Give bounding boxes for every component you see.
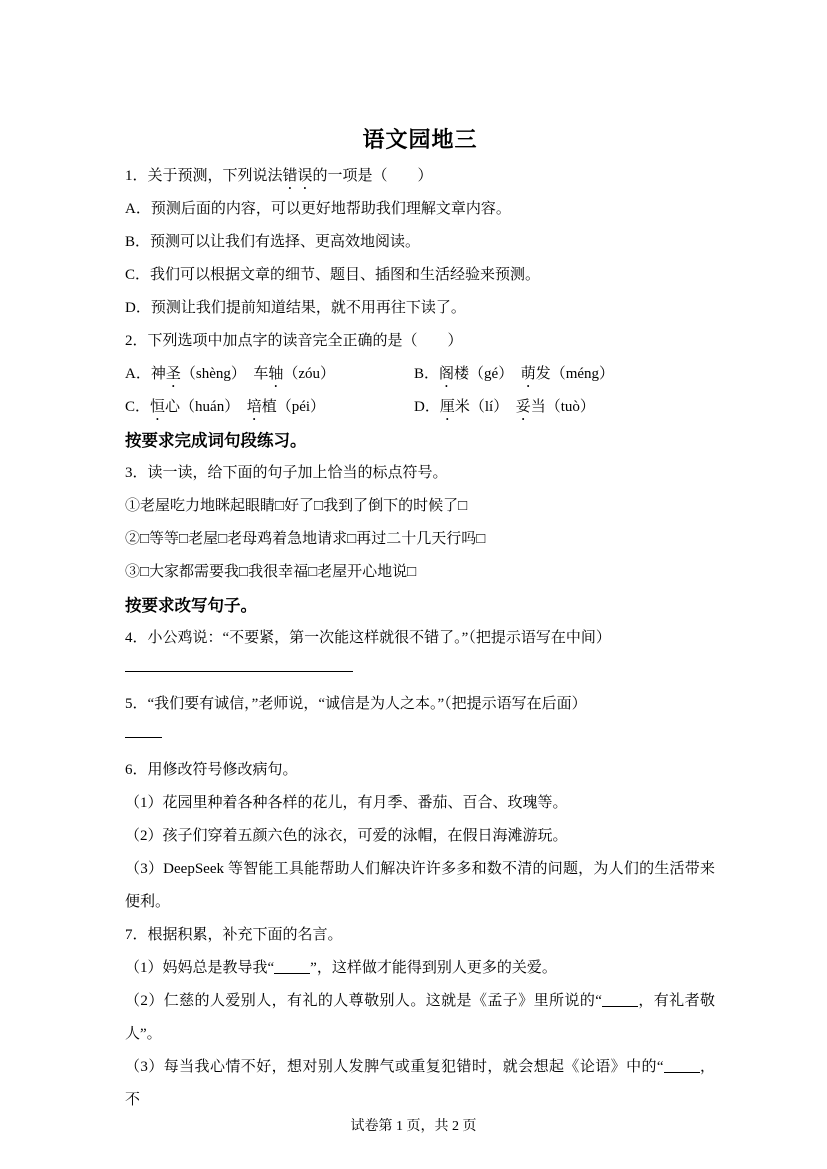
question-5-stem: 5．“我们要有诚信，”老师说，“诚信是为人之本。”（把提示语写在后面） <box>125 688 715 721</box>
q2-d-seg1: D． <box>414 399 440 415</box>
q2-d-dotted1: 厘 <box>440 399 455 415</box>
q2-c-seg1: C． <box>125 399 150 415</box>
q2-a-dotted2: 轴 <box>268 366 283 382</box>
q5-answer-line <box>125 721 715 754</box>
q1-stem-pre: 1．关于预测，下列说法 <box>125 168 283 184</box>
fill-in-blank-2 <box>602 995 638 1007</box>
section-heading-word-practice: 按要求完成词句段练习。 <box>125 424 715 457</box>
q1-stem-emphasized: 错误 <box>283 168 313 184</box>
q1-option-c: C．我们可以根据文章的细节、题目、插图和生活经验来预测。 <box>125 259 715 292</box>
question-6-stem: 6．用修改符号修改病句。 <box>125 754 715 787</box>
fill-in-blank-1 <box>274 962 310 974</box>
fill-in-blank-3 <box>664 1061 700 1073</box>
q1-stem-post: 的一项是（ ） <box>313 168 433 184</box>
q2-c-dotted2: 培 <box>247 399 262 415</box>
q7-item1-pre: （1）妈妈总是教导我“ <box>125 960 274 976</box>
q3-item-2: ②□等等□老屋□老母鸡着急地请求□再过二十几天行吗□ <box>125 523 715 556</box>
q7-item3-pre: （3）每当我心情不好，想对别人发脾气或重复犯错时，就会想起《论语》中的“ <box>125 1059 664 1075</box>
q2-d-seg3: 当（tuò） <box>531 399 595 415</box>
q2-c-seg3: 植（péi） <box>262 399 325 415</box>
answer-rule-short <box>125 737 162 738</box>
page-title: 语文园地三 <box>125 126 715 154</box>
q2-d-dotted2: 妥 <box>516 399 531 415</box>
q2-a-seg3: （zóu） <box>283 366 335 382</box>
question-1-stem: 1．关于预测，下列说法错误的一项是（ ） <box>125 160 715 193</box>
q2-c-seg2: 心（huán） <box>165 399 247 415</box>
q7-item-1: （1）妈妈总是教导我“”，这样做才能得到别人更多的关爱。 <box>125 952 715 985</box>
q2-options-row-2: C．恒心（huán） 培植（péi） D．厘米（lí） 妥当（tuò） <box>125 391 715 424</box>
q2-b-dotted1: 阁 <box>439 366 454 382</box>
q7-item2-pre: （2）仁慈的人爱别人，有礼的人尊敬别人。这就是《孟子》里所说的“ <box>125 993 602 1009</box>
q1-option-a: A．预测后面的内容，可以更好地帮助我们理解文章内容。 <box>125 193 715 226</box>
q2-option-d: D．厘米（lí） 妥当（tuò） <box>414 391 715 424</box>
q2-b-seg3: 发（méng） <box>536 366 614 382</box>
q2-b-dotted2: 萌 <box>521 366 536 382</box>
q4-answer-line <box>125 655 715 688</box>
section-heading-rewrite: 按要求改写句子。 <box>125 589 715 622</box>
page-footer: 试卷第 1 页，共 2 页 <box>0 1119 827 1135</box>
exam-content: 语文园地三 1．关于预测，下列说法错误的一项是（ ） A．预测后面的内容，可以更… <box>125 0 715 1117</box>
q2-b-seg2: 楼（gé） <box>454 366 521 382</box>
question-7-stem: 7．根据积累，补充下面的名言。 <box>125 919 715 952</box>
q1-option-d: D．预测让我们提前知道结果，就不用再往下读了。 <box>125 292 715 325</box>
q2-b-seg1: B． <box>414 366 439 382</box>
q2-d-seg2: 米（lí） <box>455 399 516 415</box>
q6-item-2: （2）孩子们穿着五颜六色的泳衣，可爱的泳帽，在假日海滩游玩。 <box>125 820 715 853</box>
q7-item1-post: ”，这样做才能得到别人更多的关爱。 <box>310 960 557 976</box>
q7-item-2: （2）仁慈的人爱别人，有礼的人尊敬别人。这就是《孟子》里所说的“，有礼者敬人”。 <box>125 985 715 1051</box>
q7-item-3: （3）每当我心情不好，想对别人发脾气或重复犯错时，就会想起《论语》中的“，不 <box>125 1051 715 1117</box>
q2-option-b: B．阁楼（gé） 萌发（méng） <box>414 358 715 391</box>
question-3-stem: 3．读一读，给下面的句子加上恰当的标点符号。 <box>125 457 715 490</box>
answer-rule-long <box>125 671 353 672</box>
q3-item-3: ③□大家都需要我□我很幸福□老屋开心地说□ <box>125 556 715 589</box>
question-4-stem: 4．小公鸡说：“不要紧，第一次能这样就很不错了。”（把提示语写在中间） <box>125 622 715 655</box>
q6-item-1: （1）花园里种着各种各样的花儿，有月季、番茄、百合、玫瑰等。 <box>125 787 715 820</box>
q3-item-1: ①老屋吃力地眯起眼睛□好了□我到了倒下的时候了□ <box>125 490 715 523</box>
q2-a-seg2: （shèng） 车 <box>181 366 269 382</box>
q1-option-b: B．预测可以让我们有选择、更高效地阅读。 <box>125 226 715 259</box>
q2-a-dotted1: 圣 <box>166 366 181 382</box>
q2-options-row-1: A．神圣（shèng） 车轴（zóu） B．阁楼（gé） 萌发（méng） <box>125 358 715 391</box>
q2-c-dotted1: 恒 <box>150 399 165 415</box>
q2-option-c: C．恒心（huán） 培植（péi） <box>125 391 414 424</box>
q2-a-seg1: A．神 <box>125 366 166 382</box>
q2-option-a: A．神圣（shèng） 车轴（zóu） <box>125 358 414 391</box>
question-2-stem: 2．下列选项中加点字的读音完全正确的是（ ） <box>125 325 715 358</box>
q6-item-3: （3）DeepSeek 等智能工具能帮助人们解决许许多多和数不清的问题，为人们的… <box>125 853 715 919</box>
